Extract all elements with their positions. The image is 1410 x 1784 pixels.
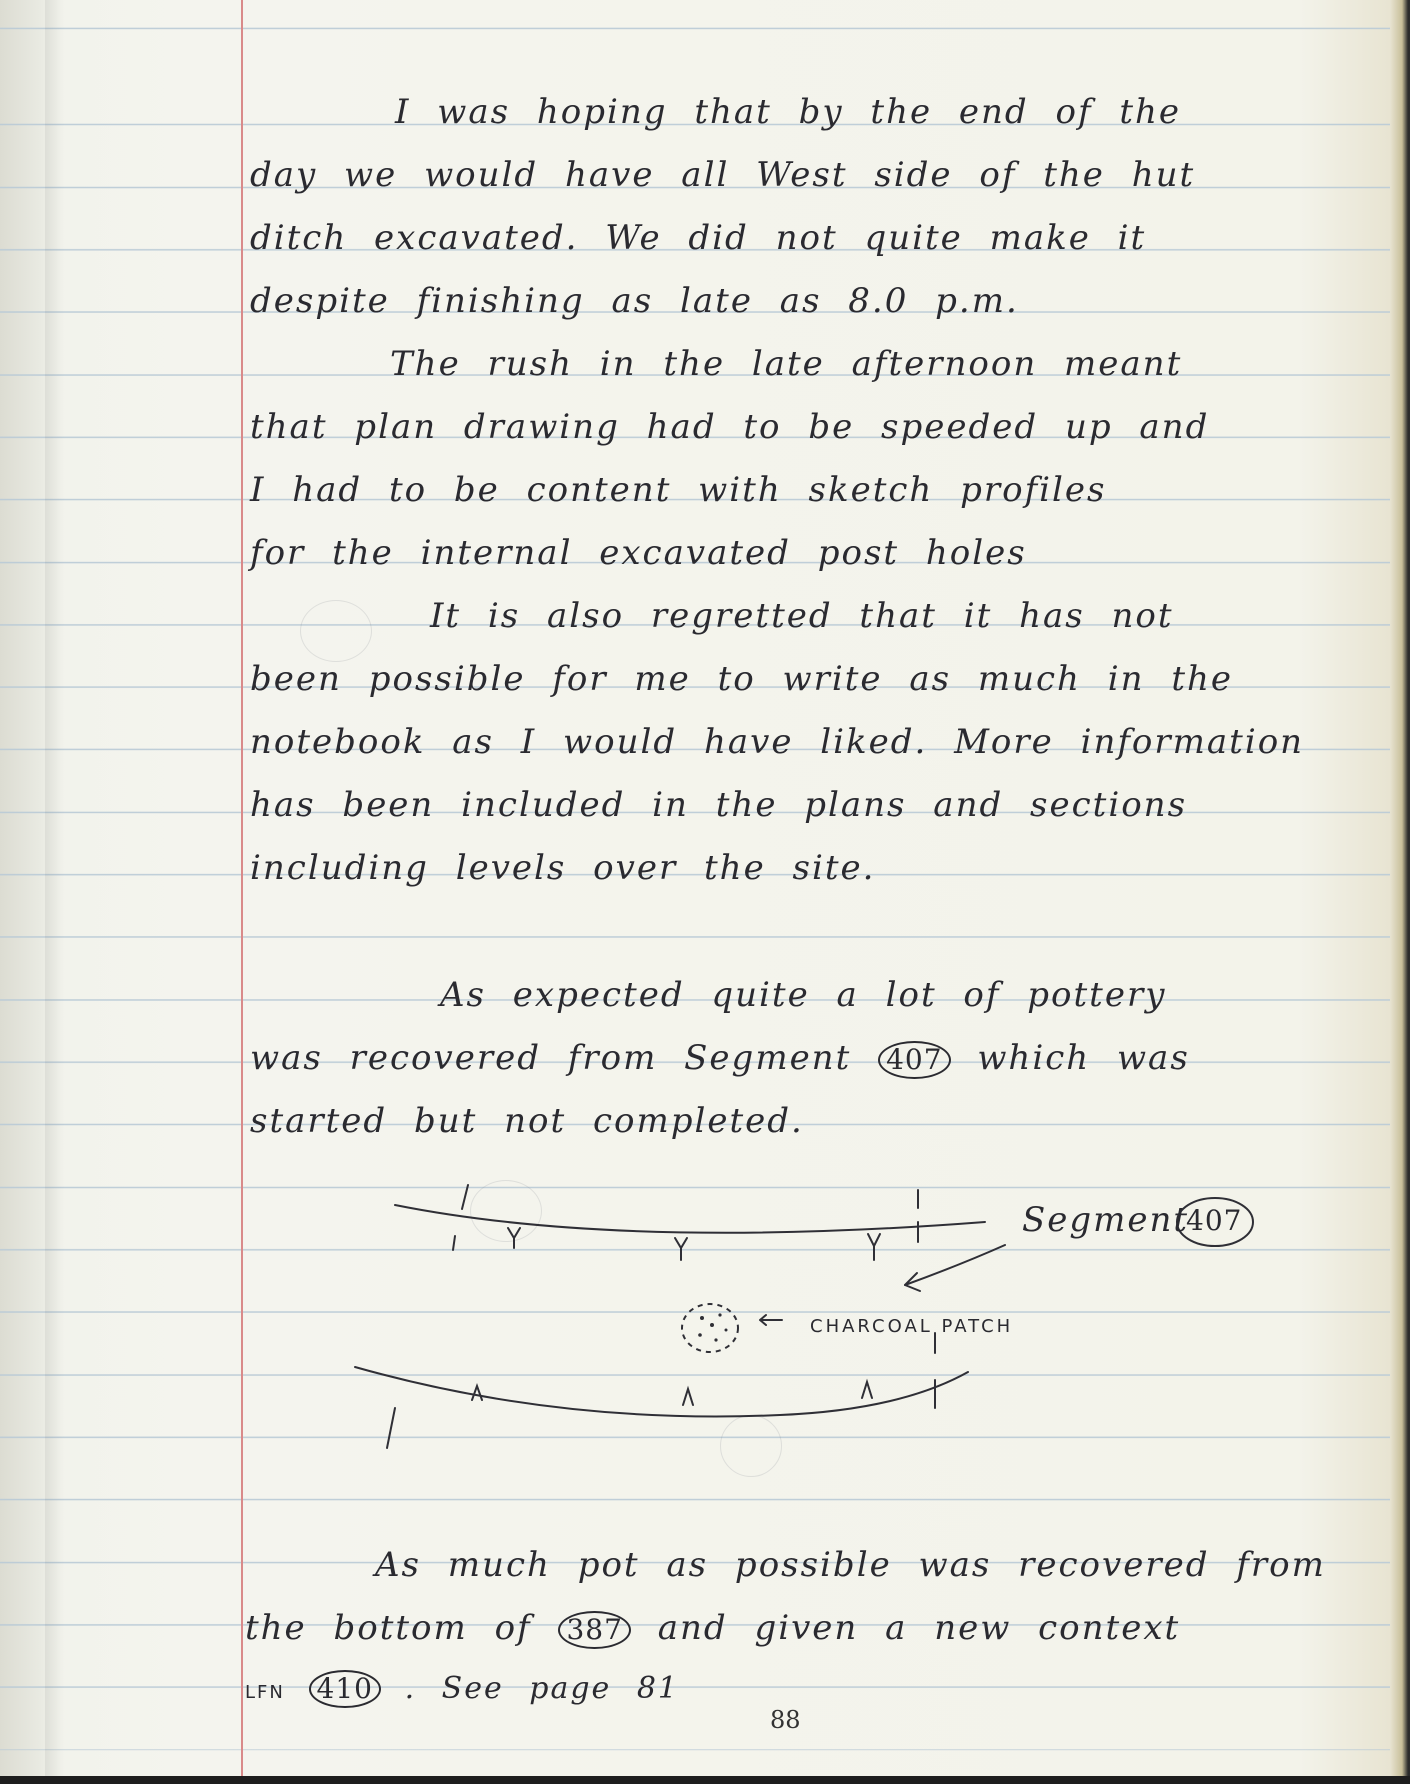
- page-bottom-edge: [0, 1776, 1410, 1784]
- charcoal-patch-label: CHARCOAL PATCH: [810, 1316, 1013, 1337]
- segment-upper-edge: [395, 1205, 985, 1233]
- section-sketch: [0, 0, 1410, 1784]
- segment-number: 407: [1186, 1204, 1242, 1237]
- charcoal-patch: [682, 1304, 738, 1352]
- page-number: 88: [770, 1706, 801, 1734]
- segment-label: Segment: [1022, 1200, 1189, 1240]
- notebook-page: I was hoping that by the end of the day …: [0, 0, 1410, 1784]
- segment-lower-edge: [355, 1367, 968, 1416]
